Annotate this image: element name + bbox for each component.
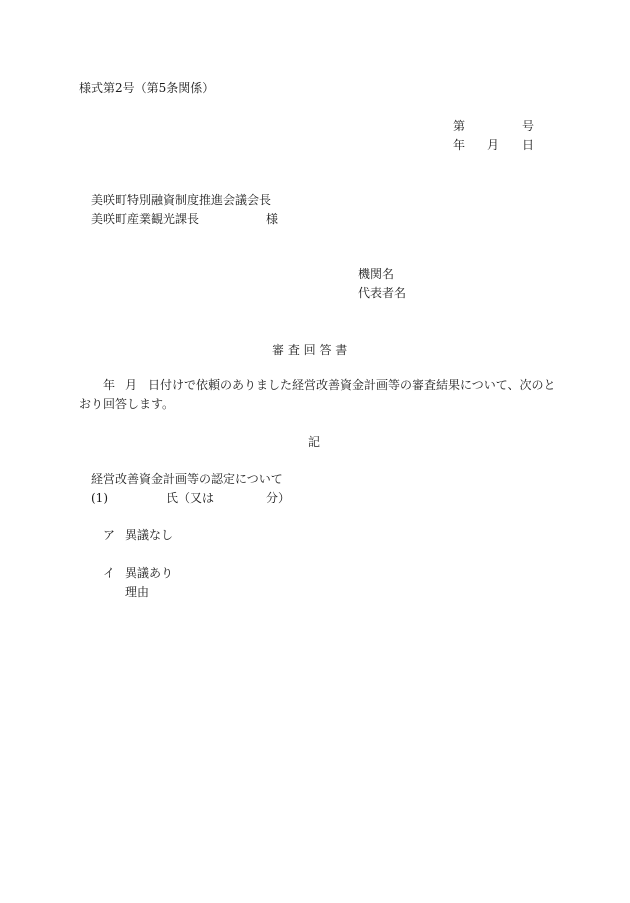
body-line-1: 日付けで依頼のありました経営改善資金計画等の審査結果について、次のと	[148, 377, 556, 393]
ki-heading: 記	[308, 434, 320, 450]
option-b-marker: イ	[103, 565, 115, 581]
form-label: 様式第2号（第5条関係）	[79, 80, 214, 96]
section-heading: 経営改善資金計画等の認定について	[91, 471, 283, 487]
item-end: 分）	[266, 490, 290, 506]
recipient-line-1: 美咲町特別融資制度推進会議会長	[91, 192, 271, 208]
number-prefix: 第	[453, 118, 465, 134]
option-a-marker: ア	[103, 527, 115, 543]
document-title: 審 査 回 答 書	[272, 342, 347, 358]
date-year: 年	[453, 137, 465, 153]
date-day: 日	[522, 137, 534, 153]
option-b-label: 異議あり	[125, 565, 173, 581]
sender-rep-label: 代表者名	[358, 285, 406, 301]
sender-org-label: 機関名	[358, 266, 394, 282]
option-b-reason-label: 理由	[125, 584, 149, 600]
number-suffix: 号	[522, 118, 534, 134]
recipient-honorific: 様	[266, 211, 278, 227]
body-month: 月	[125, 377, 137, 393]
body-line-2: おり回答します。	[79, 396, 174, 412]
body-year: 年	[103, 377, 115, 393]
recipient-line-2: 美咲町産業観光課長	[91, 211, 199, 227]
item-name: 氏（又は	[166, 490, 214, 506]
option-a-label: 異議なし	[125, 527, 173, 543]
date-month: 月	[487, 137, 499, 153]
item-number: (1)	[91, 490, 108, 506]
